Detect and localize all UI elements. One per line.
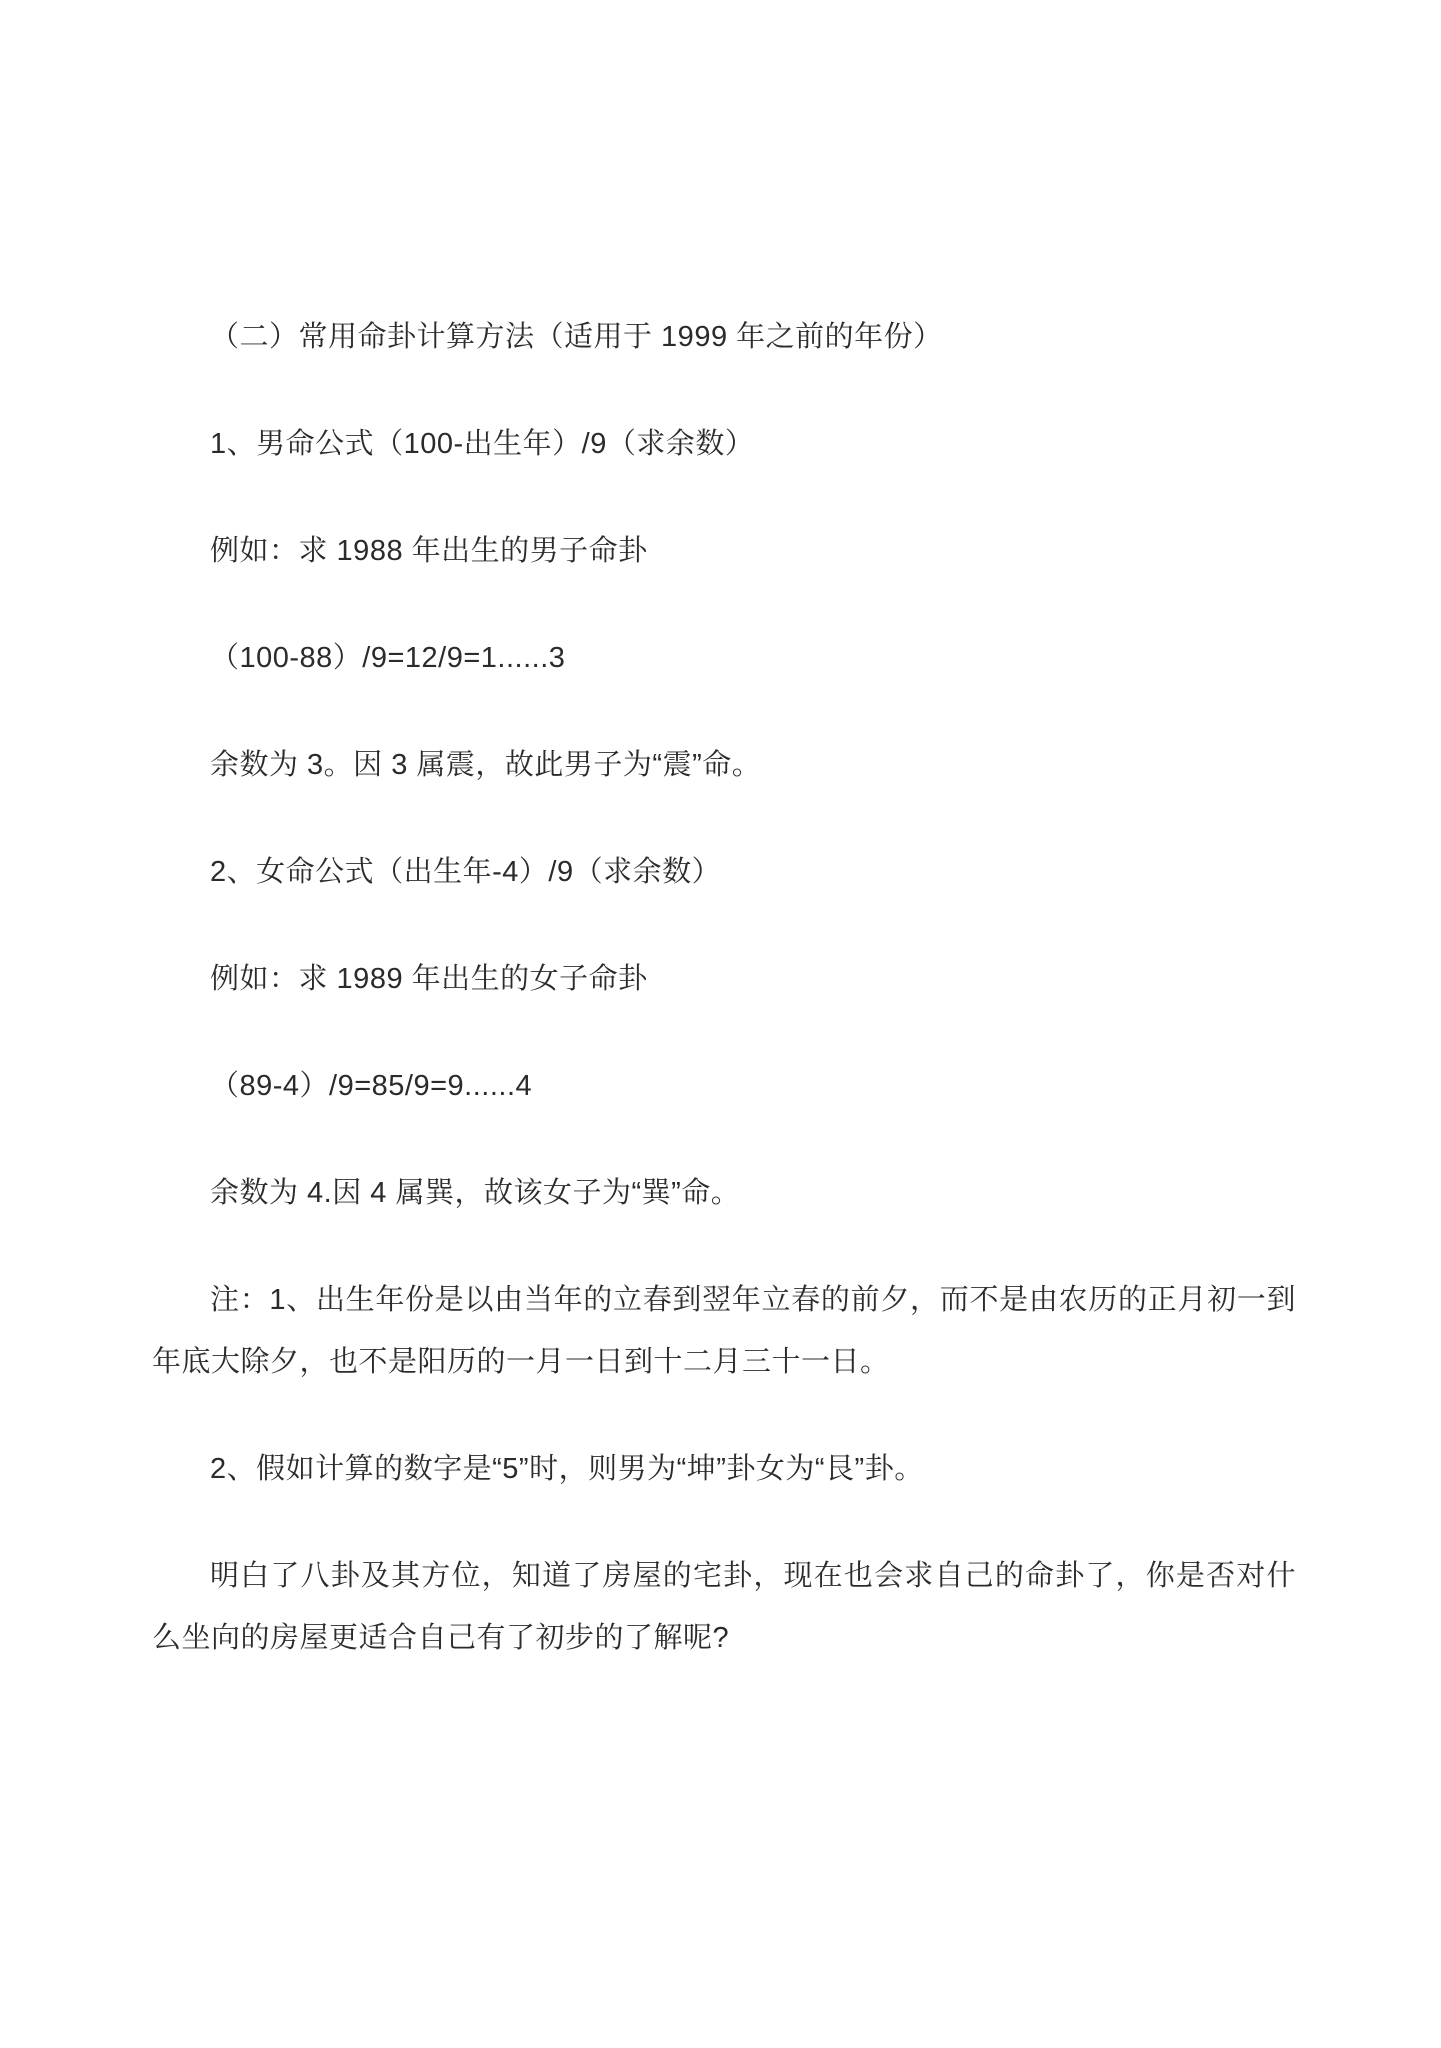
male-calculation: （100-88）/9=12/9=1......3 [152, 627, 1296, 689]
male-example-intro: 例如：求 1988 年出生的男子命卦 [152, 520, 1296, 582]
note-item-2: 2、假如计算的数字是“5”时，则男为“坤”卦女为“艮”卦。 [152, 1438, 1296, 1500]
male-formula-heading: 1、男命公式（100-出生年）/9（求余数） [152, 413, 1296, 475]
female-example-intro: 例如：求 1989 年出生的女子命卦 [152, 948, 1296, 1010]
note-item-1: 注：1、出生年份是以由当年的立春到翌年立春的前夕，而不是由农历的正月初一到年底大… [152, 1269, 1296, 1393]
female-result: 余数为 4.因 4 属巽，故该女子为“巽”命。 [152, 1162, 1296, 1224]
male-result: 余数为 3。因 3 属震，故此男子为“震”命。 [152, 734, 1296, 796]
section-heading: （二）常用命卦计算方法（适用于 1999 年之前的年份） [152, 306, 1296, 368]
female-calculation: （89-4）/9=85/9=9......4 [152, 1055, 1296, 1117]
document-page: （二）常用命卦计算方法（适用于 1999 年之前的年份） 1、男命公式（100-… [0, 0, 1441, 2048]
closing-paragraph: 明白了八卦及其方位，知道了房屋的宅卦，现在也会求自己的命卦了，你是否对什么坐向的… [152, 1545, 1296, 1669]
female-formula-heading: 2、女命公式（出生年-4）/9（求余数） [152, 841, 1296, 903]
